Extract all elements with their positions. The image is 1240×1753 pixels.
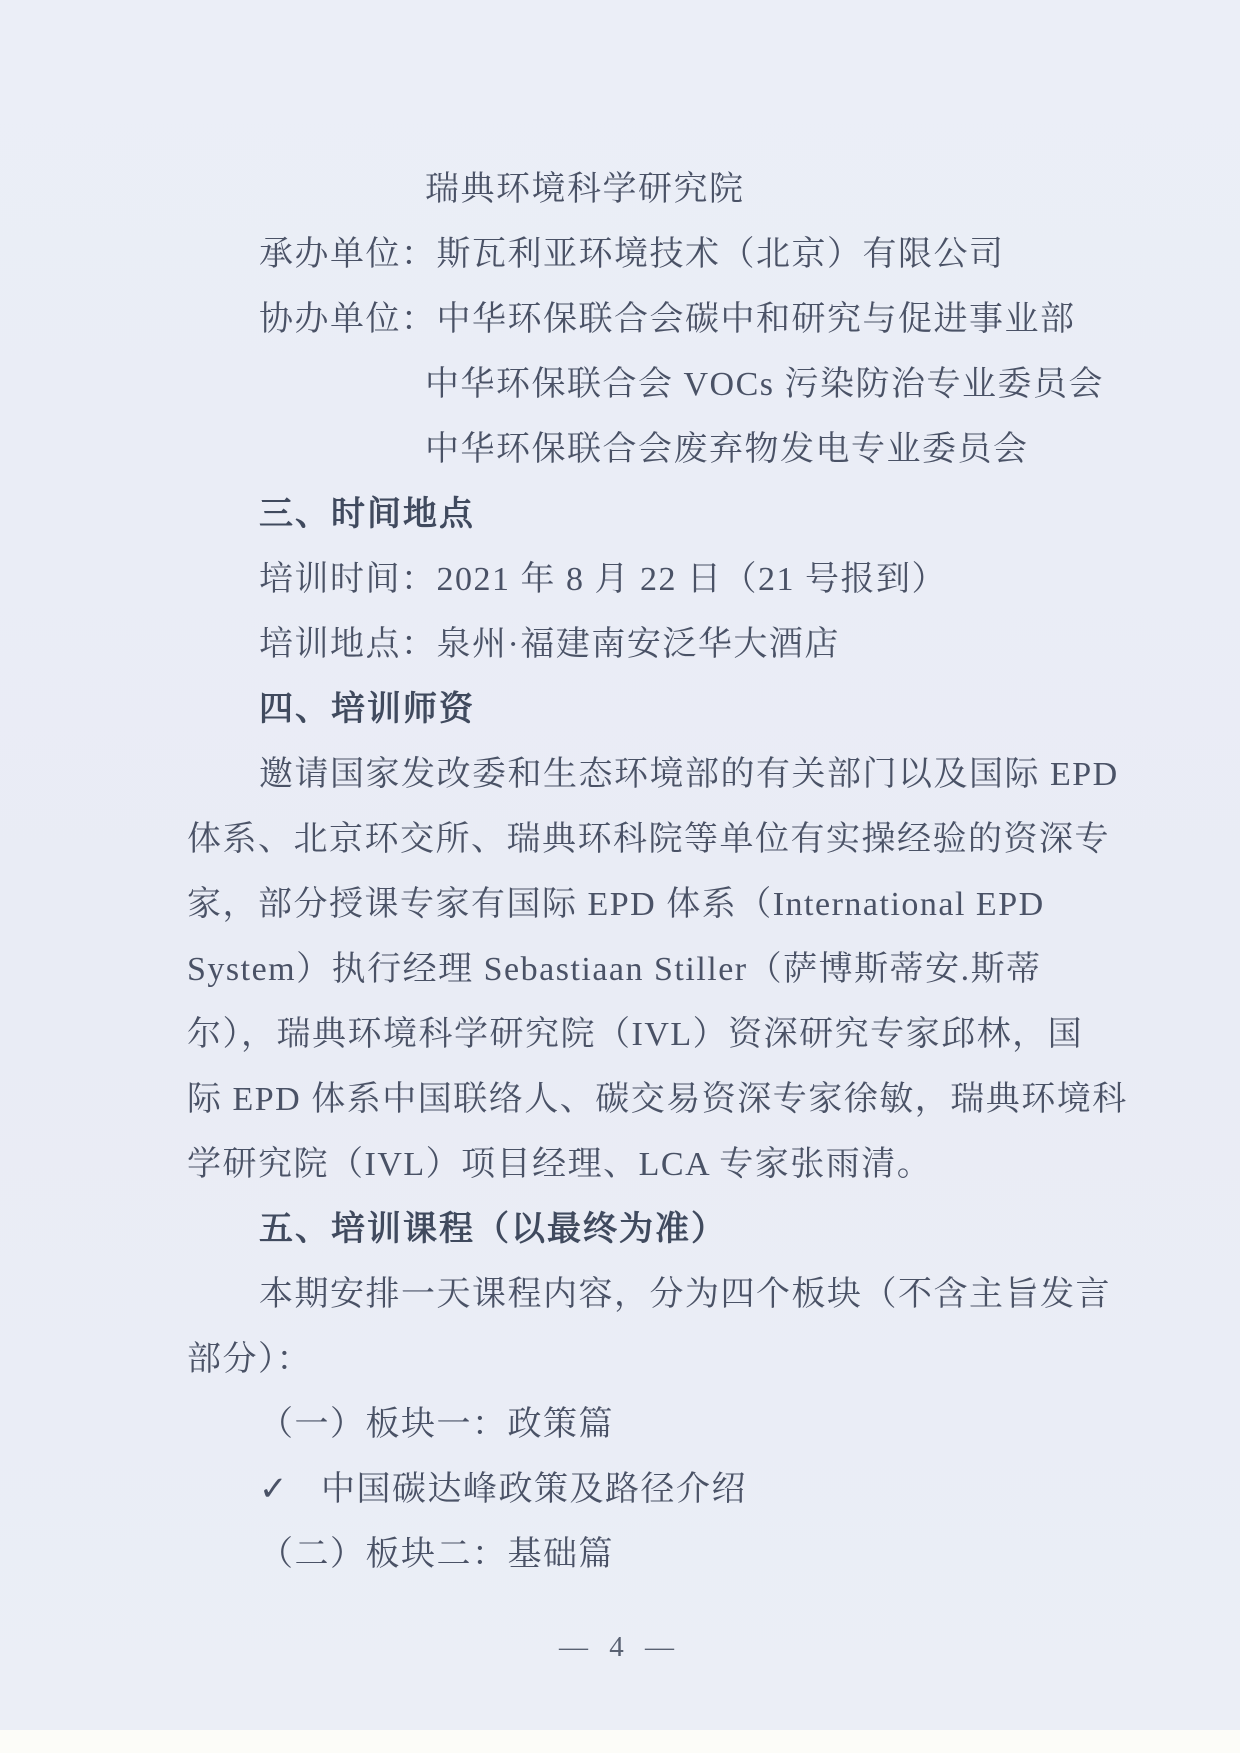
trainers-paragraph-line-4: System）执行经理 Sebastiaan Stiller（萨博斯蒂安.斯蒂 [187,937,1087,1002]
scan-edge-strip [0,1730,1240,1753]
co-organizer-line-1: 协办单位：中华环保联合会碳中和研究与促进事业部 [187,287,1087,352]
co-organizer-line-2: 中华环保联合会 VOCs 污染防治专业委员会 [187,352,1087,417]
training-place-line: 培训地点：泉州·福建南安泛华大酒店 [187,612,1087,677]
curriculum-intro-line-1: 本期安排一天课程内容，分为四个板块（不含主旨发言 [187,1262,1087,1327]
trainers-paragraph-line-1: 邀请国家发改委和生态环境部的有关部门以及国际 EPD [187,742,1087,807]
module-1-heading-line: （一）板块一：政策篇 [187,1392,1087,1457]
organizer-continuation-line: 瑞典环境科学研究院 [187,157,1087,222]
trainers-paragraph-line-7: 学研究院（IVL）项目经理、LCA 专家张雨清。 [187,1132,1087,1197]
trainers-paragraph-line-3: 家，部分授课专家有国际 EPD 体系（International EPD [187,872,1087,937]
section-heading-time-place: 三、时间地点 [187,482,1087,547]
module-1-item-line: ✓中国碳达峰政策及路径介绍 [187,1457,1087,1522]
module-1-item-text: 中国碳达峰政策及路径介绍 [321,1471,747,1508]
trainers-paragraph-line-2: 体系、北京环交所、瑞典环科院等单位有实操经验的资深专 [187,807,1087,872]
document-body: 瑞典环境科学研究院 承办单位：斯瓦利亚环境技术（北京）有限公司 协办单位：中华环… [187,157,1087,1587]
checkmark-icon: ✓ [259,1457,289,1522]
section-heading-trainers: 四、培训师资 [187,677,1087,742]
section-heading-curriculum: 五、培训课程（以最终为准） [187,1197,1087,1262]
module-2-heading-line: （二）板块二：基础篇 [187,1522,1087,1587]
trainers-paragraph-line-5: 尔），瑞典环境科学研究院（IVL）资深研究专家邱林，国 [187,1002,1087,1067]
trainers-paragraph-line-6: 际 EPD 体系中国联络人、碳交易资深专家徐敏，瑞典环境科 [187,1067,1087,1132]
undertaker-line: 承办单位：斯瓦利亚环境技术（北京）有限公司 [187,222,1087,287]
page-number: — 4 — [0,1622,1240,1672]
co-organizer-line-3: 中华环保联合会废弃物发电专业委员会 [187,417,1087,482]
scanned-document-page: 瑞典环境科学研究院 承办单位：斯瓦利亚环境技术（北京）有限公司 协办单位：中华环… [0,0,1240,1753]
curriculum-intro-line-2: 部分）： [187,1327,1087,1392]
training-time-line: 培训时间：2021 年 8 月 22 日（21 号报到） [187,547,1087,612]
